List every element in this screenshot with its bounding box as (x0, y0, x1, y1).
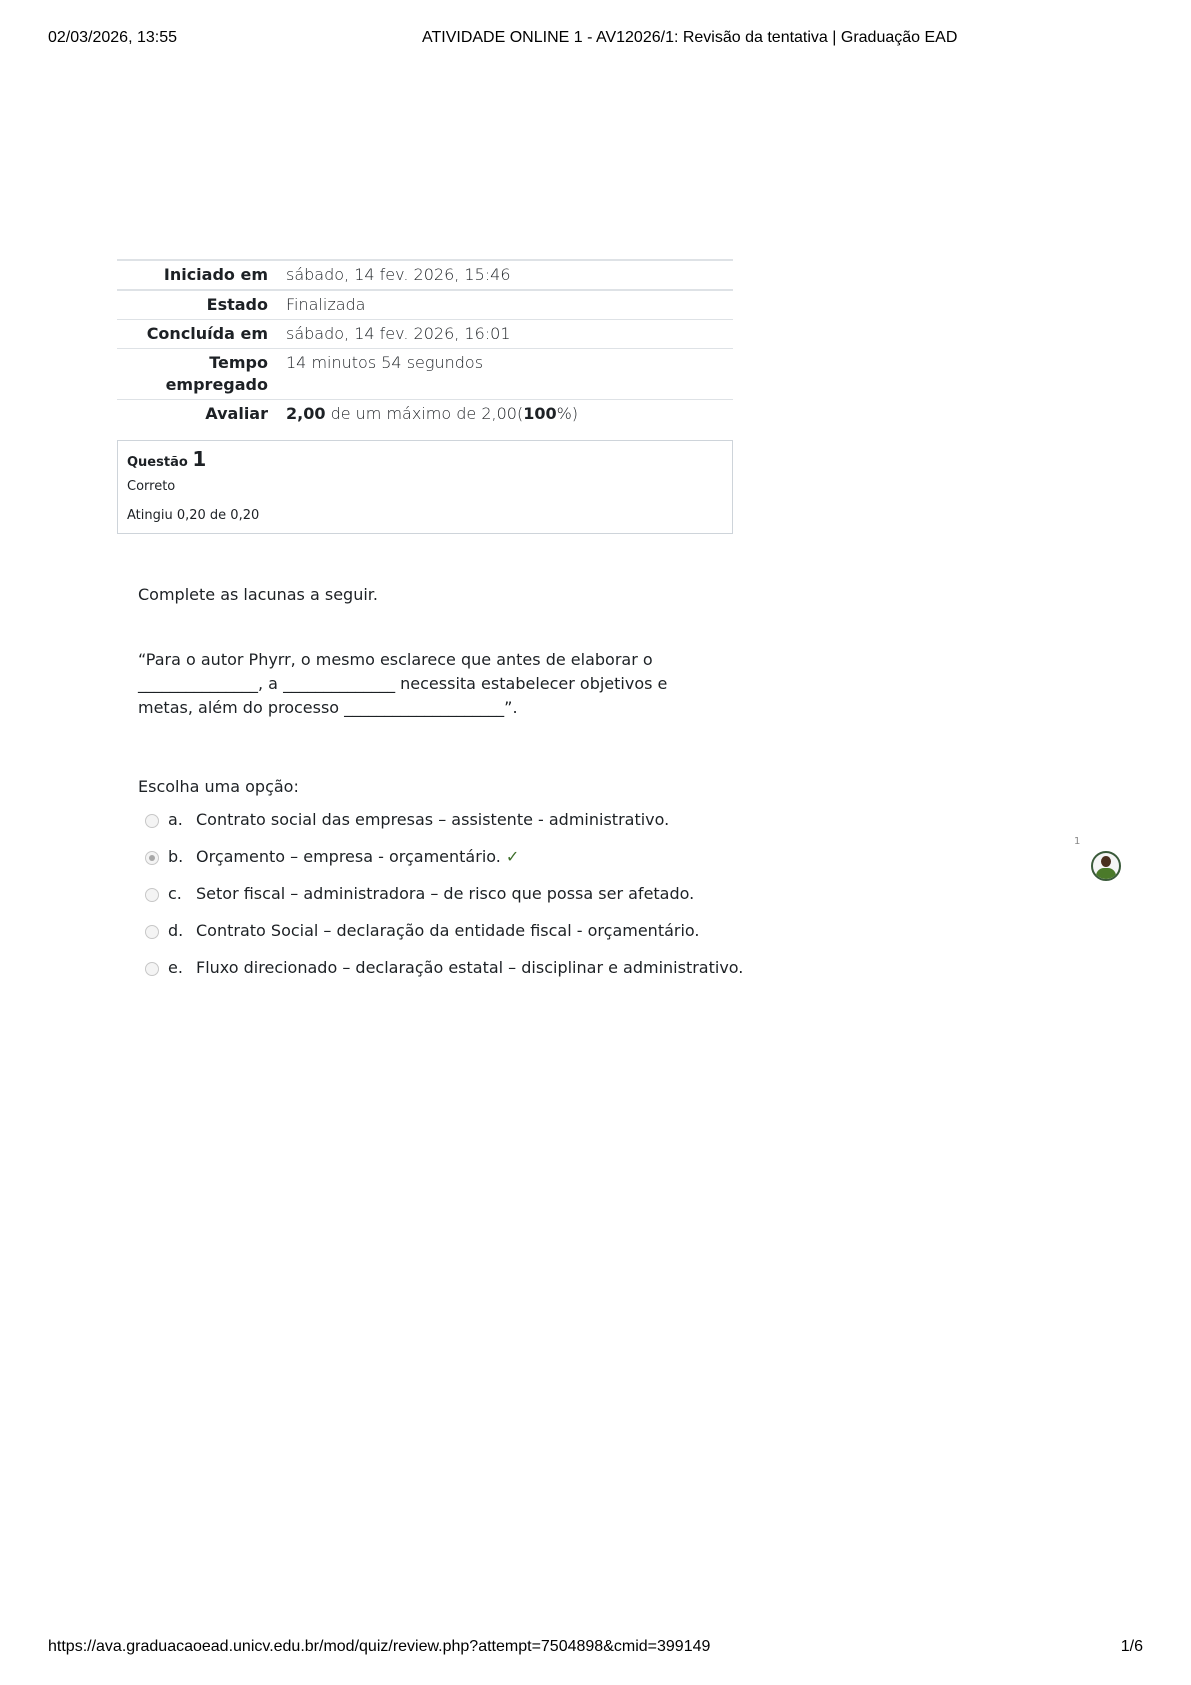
block-number: 1 (1074, 836, 1080, 847)
option-letter: a. (168, 808, 196, 832)
option-letter: c. (168, 882, 196, 906)
print-url: https://ava.graduacaoead.unicv.edu.br/mo… (48, 1638, 710, 1656)
print-footer: https://ava.graduacaoead.unicv.edu.br/mo… (0, 1638, 1191, 1658)
answer-option-e[interactable]: e. Fluxo direcionado – declaração estata… (145, 956, 745, 980)
print-datetime: 02/03/2026, 13:55 (48, 29, 177, 47)
question-quote: “Para o autor Phyrr, o mesmo esclarece q… (138, 648, 698, 720)
summary-row-time-taken: Tempo empregado 14 minutos 54 segundos (117, 349, 733, 400)
grade-suffix: %) (557, 404, 578, 423)
grade-score: 2,00 (286, 404, 325, 423)
answer-options: a. Contrato social das empresas – assist… (145, 808, 745, 993)
avatar-head-shape (1101, 856, 1111, 867)
summary-label: Iniciado em (117, 260, 286, 290)
question-info-box: Questão 1 Correto Atingiu 0,20 de 0,20 (117, 440, 733, 534)
summary-grade-value: 2,00 de um máximo de 2,00(100%) (286, 400, 733, 429)
summary-value: sábado, 14 fev. 2026, 15:46 (286, 260, 733, 290)
answer-option-a[interactable]: a. Contrato social das empresas – assist… (145, 808, 745, 832)
option-text: Setor fiscal – administradora – de risco… (196, 882, 745, 906)
radio-button[interactable] (145, 814, 159, 828)
summary-label: Avaliar (117, 400, 286, 429)
question-state: Correto (127, 479, 175, 494)
question-grade: Atingiu 0,20 de 0,20 (127, 508, 259, 523)
answer-option-c[interactable]: c. Setor fiscal – administradora – de ri… (145, 882, 745, 906)
option-letter: d. (168, 919, 196, 943)
summary-label: Estado (117, 290, 286, 320)
summary-row-completed: Concluída em sábado, 14 fev. 2026, 16:01 (117, 320, 733, 349)
summary-row-started: Iniciado em sábado, 14 fev. 2026, 15:46 (117, 260, 733, 290)
radio-button[interactable] (145, 925, 159, 939)
option-text-wrapper: Orçamento – empresa - orçamentário.✓ (196, 845, 745, 869)
question-number: Questão 1 (127, 447, 206, 471)
answer-option-d[interactable]: d. Contrato Social – declaração da entid… (145, 919, 745, 943)
summary-row-state: Estado Finalizada (117, 290, 733, 320)
summary-row-grade: Avaliar 2,00 de um máximo de 2,00(100%) (117, 400, 733, 429)
print-header: 02/03/2026, 13:55 ATIVIDADE ONLINE 1 - A… (0, 29, 1191, 49)
option-letter: b. (168, 845, 196, 869)
summary-label: Concluída em (117, 320, 286, 349)
print-page-title: ATIVIDADE ONLINE 1 - AV12026/1: Revisão … (422, 29, 957, 47)
radio-button[interactable] (145, 888, 159, 902)
answer-option-b[interactable]: b. Orçamento – empresa - orçamentário.✓ (145, 845, 745, 869)
summary-label: Tempo empregado (117, 349, 286, 400)
user-avatar-icon[interactable] (1091, 851, 1121, 881)
radio-button-selected[interactable] (145, 851, 159, 865)
option-text: Contrato social das empresas – assistent… (196, 808, 745, 832)
grade-middle-text: de um máximo de 2,00( (325, 404, 523, 423)
question-label: Questão (127, 455, 188, 470)
option-text: Orçamento – empresa - orçamentário. (196, 847, 501, 866)
option-text: Contrato Social – declaração da entidade… (196, 919, 745, 943)
question-number-value: 1 (192, 447, 206, 471)
option-text: Fluxo direcionado – declaração estatal –… (196, 956, 745, 980)
question-intro: Complete as lacunas a seguir. (138, 583, 698, 607)
check-icon: ✓ (506, 847, 519, 866)
avatar-body-shape (1096, 868, 1116, 881)
summary-value: Finalizada (286, 290, 733, 320)
grade-percent: 100 (523, 404, 556, 423)
summary-value: 14 minutos 54 segundos (286, 349, 733, 400)
attempt-summary-table: Iniciado em sábado, 14 fev. 2026, 15:46 … (117, 259, 733, 428)
answer-prompt: Escolha uma opção: (138, 775, 698, 799)
radio-button[interactable] (145, 962, 159, 976)
option-letter: e. (168, 956, 196, 980)
summary-value: sábado, 14 fev. 2026, 16:01 (286, 320, 733, 349)
print-page-number: 1/6 (1121, 1638, 1143, 1656)
